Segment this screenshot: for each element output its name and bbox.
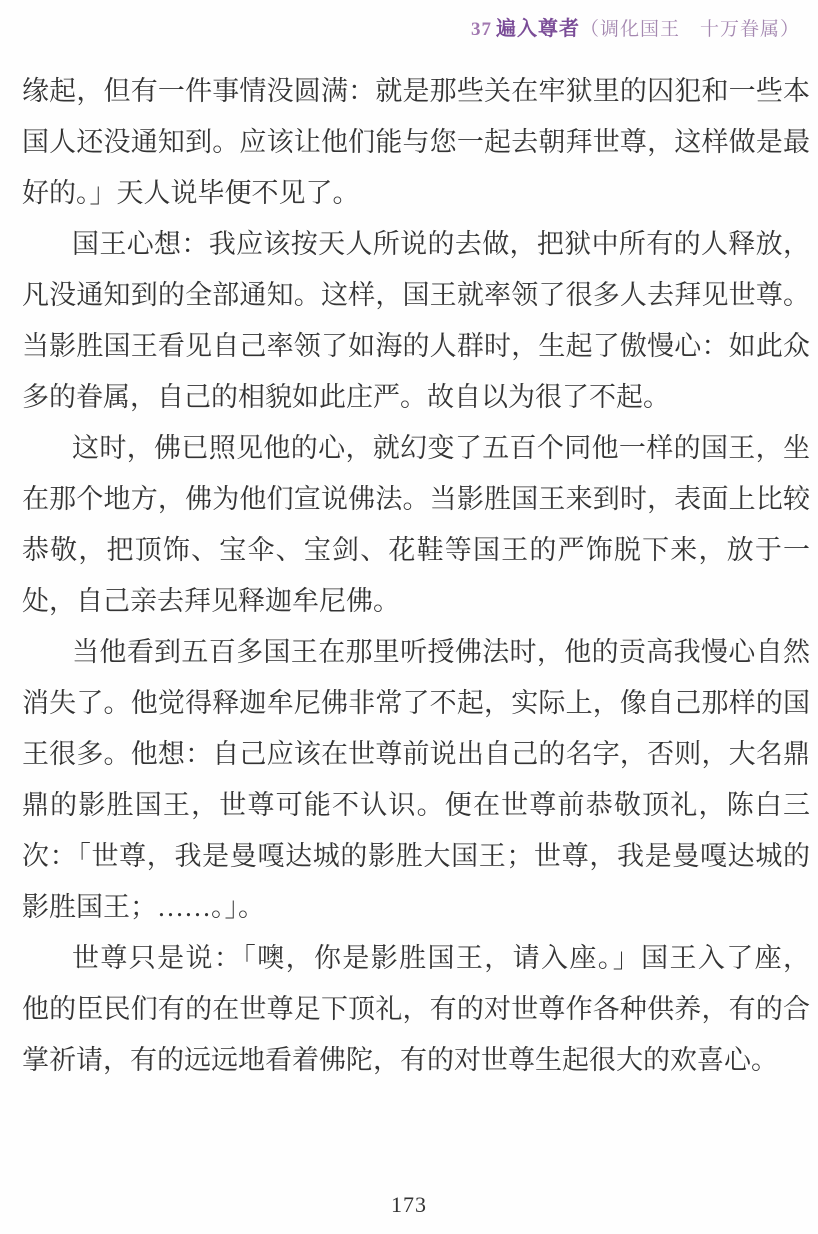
text-line: 恭敬，把顶饰、宝伞、宝剑、花鞋等国王的严饰脱下来，放于一 <box>22 525 810 576</box>
page-number: 173 <box>391 1192 427 1217</box>
text-line: 处，自己亲去拜见释迦牟尼佛。 <box>22 576 810 627</box>
body-text: 缘起，但有一件事情没圆满：就是那些关在牢狱里的囚犯和一些本 国人还没通知到。应该… <box>22 66 810 1086</box>
text-line: 他的臣民们有的在世尊足下顶礼，有的对世尊作各种供养，有的合 <box>22 984 810 1035</box>
text-line: 凡没通知到的全部通知。这样，国王就率领了很多人去拜见世尊。 <box>22 270 810 321</box>
chapter-title: 遍入尊者 <box>496 18 580 40</box>
text-line: 掌祈请，有的远远地看着佛陀，有的对世尊生起很大的欢喜心。 <box>22 1035 810 1086</box>
page-footer: 173 <box>0 1192 818 1218</box>
book-page: 37遍入尊者（调化国王 十万眷属） 缘起，但有一件事情没圆满：就是那些关在牢狱里… <box>0 0 818 1234</box>
text-line: 好的。」天人说毕便不见了。 <box>22 168 810 219</box>
text-line: 次：「世尊，我是曼嘎达城的影胜大国王；世尊，我是曼嘎达城的 <box>22 831 810 882</box>
text-line: 鼎的影胜国王，世尊可能不认识。便在世尊前恭敬顶礼，陈白三 <box>22 780 810 831</box>
text-line: 在那个地方，佛为他们宣说佛法。当影胜国王来到时，表面上比较 <box>22 474 810 525</box>
paragraph: 国王心想：我应该按天人所说的去做，把狱中所有的人释放， 凡没通知到的全部通知。这… <box>22 219 810 423</box>
paragraph: 缘起，但有一件事情没圆满：就是那些关在牢狱里的囚犯和一些本 国人还没通知到。应该… <box>22 66 810 219</box>
paragraph: 这时，佛已照见他的心，就幻变了五百个同他一样的国王，坐 在那个地方，佛为他们宣说… <box>22 423 810 627</box>
text-line: 多的眷属，自己的相貌如此庄严。故自以为很了不起。 <box>22 372 810 423</box>
text-line: 消失了。他觉得释迦牟尼佛非常了不起，实际上，像自己那样的国 <box>22 678 810 729</box>
text-line: 王很多。他想：自己应该在世尊前说出自己的名字，否则，大名鼎 <box>22 729 810 780</box>
running-header: 37遍入尊者（调化国王 十万眷属） <box>471 12 800 41</box>
chapter-number: 37 <box>471 19 492 40</box>
text-line: 世尊只是说：「噢，你是影胜国王，请入座。」国王入了座， <box>22 933 810 984</box>
text-line: 国人还没通知到。应该让他们能与您一起去朝拜世尊，这样做是最 <box>22 117 810 168</box>
text-line: 缘起，但有一件事情没圆满：就是那些关在牢狱里的囚犯和一些本 <box>22 66 810 117</box>
text-line: 这时，佛已照见他的心，就幻变了五百个同他一样的国王，坐 <box>22 423 810 474</box>
chapter-subtitle: （调化国王 十万眷属） <box>580 19 800 40</box>
text-line: 国王心想：我应该按天人所说的去做，把狱中所有的人释放， <box>22 219 810 270</box>
text-line: 影胜国王；……。」。 <box>22 882 810 933</box>
paragraph: 当他看到五百多国王在那里听授佛法时，他的贡高我慢心自然 消失了。他觉得释迦牟尼佛… <box>22 627 810 933</box>
text-line: 当他看到五百多国王在那里听授佛法时，他的贡高我慢心自然 <box>22 627 810 678</box>
paragraph: 世尊只是说：「噢，你是影胜国王，请入座。」国王入了座， 他的臣民们有的在世尊足下… <box>22 933 810 1086</box>
text-line: 当影胜国王看见自己率领了如海的人群时，生起了傲慢心：如此众 <box>22 321 810 372</box>
